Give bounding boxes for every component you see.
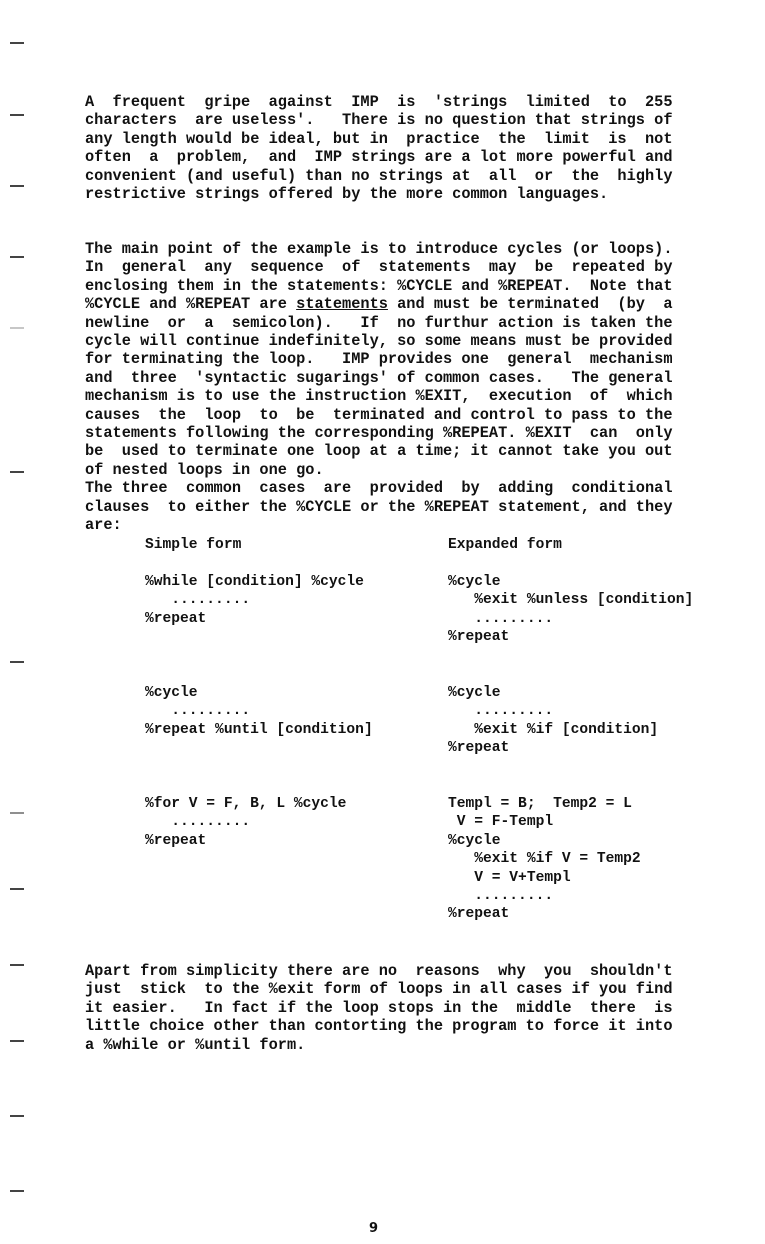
margin-mark: [10, 185, 24, 187]
expanded-form-header: Expanded form: [448, 536, 562, 554]
margin-mark: [10, 1190, 24, 1192]
paragraph-line: The main point of the example is to intr…: [85, 240, 673, 258]
margin-mark: [10, 1040, 24, 1042]
while-simple-code: %while [condition] %cycle ......... %rep…: [145, 573, 364, 628]
while-expanded-code: %cycle %exit %unless [condition] .......…: [448, 573, 693, 647]
paragraph-line: enclosing them in the statements: %CYCLE…: [85, 277, 673, 295]
margin-mark: [10, 114, 24, 116]
margin-mark: [10, 812, 24, 814]
page-number: 9: [369, 1221, 378, 1236]
conclusion-paragraph: Apart from simplicity there are no reaso…: [85, 962, 715, 1054]
paragraph-line-pre: %CYCLE and %REPEAT are: [85, 295, 296, 313]
until-simple-code: %cycle ......... %repeat %until [conditi…: [145, 684, 373, 739]
simple-form-header: Simple form: [145, 536, 241, 554]
document-page: A frequent gripe against IMP is 'strings…: [0, 0, 765, 1244]
margin-mark: [10, 256, 24, 258]
for-expanded-code: Templ = B; Temp2 = L V = F-Templ %cycle …: [448, 795, 641, 924]
intro-paragraph: A frequent gripe against IMP is 'strings…: [85, 93, 715, 203]
margin-mark: [10, 327, 24, 329]
paragraph-line: In general any sequence of statements ma…: [85, 258, 673, 276]
margin-mark: [10, 471, 24, 473]
margin-mark: [10, 964, 24, 966]
margin-mark: [10, 888, 24, 890]
paragraph-rest: newline or a semicolon). If no furthur a…: [85, 314, 673, 534]
margin-mark: [10, 1115, 24, 1117]
paragraph-line-post: and must be terminated (by a: [388, 295, 673, 313]
margin-mark: [10, 661, 24, 663]
cycles-paragraph: The main point of the example is to intr…: [85, 240, 715, 535]
margin-mark: [10, 42, 24, 44]
until-expanded-code: %cycle ......... %exit %if [condition] %…: [448, 684, 658, 758]
for-simple-code: %for V = F, B, L %cycle ......... %repea…: [145, 795, 346, 850]
underlined-word: statements: [296, 295, 388, 313]
